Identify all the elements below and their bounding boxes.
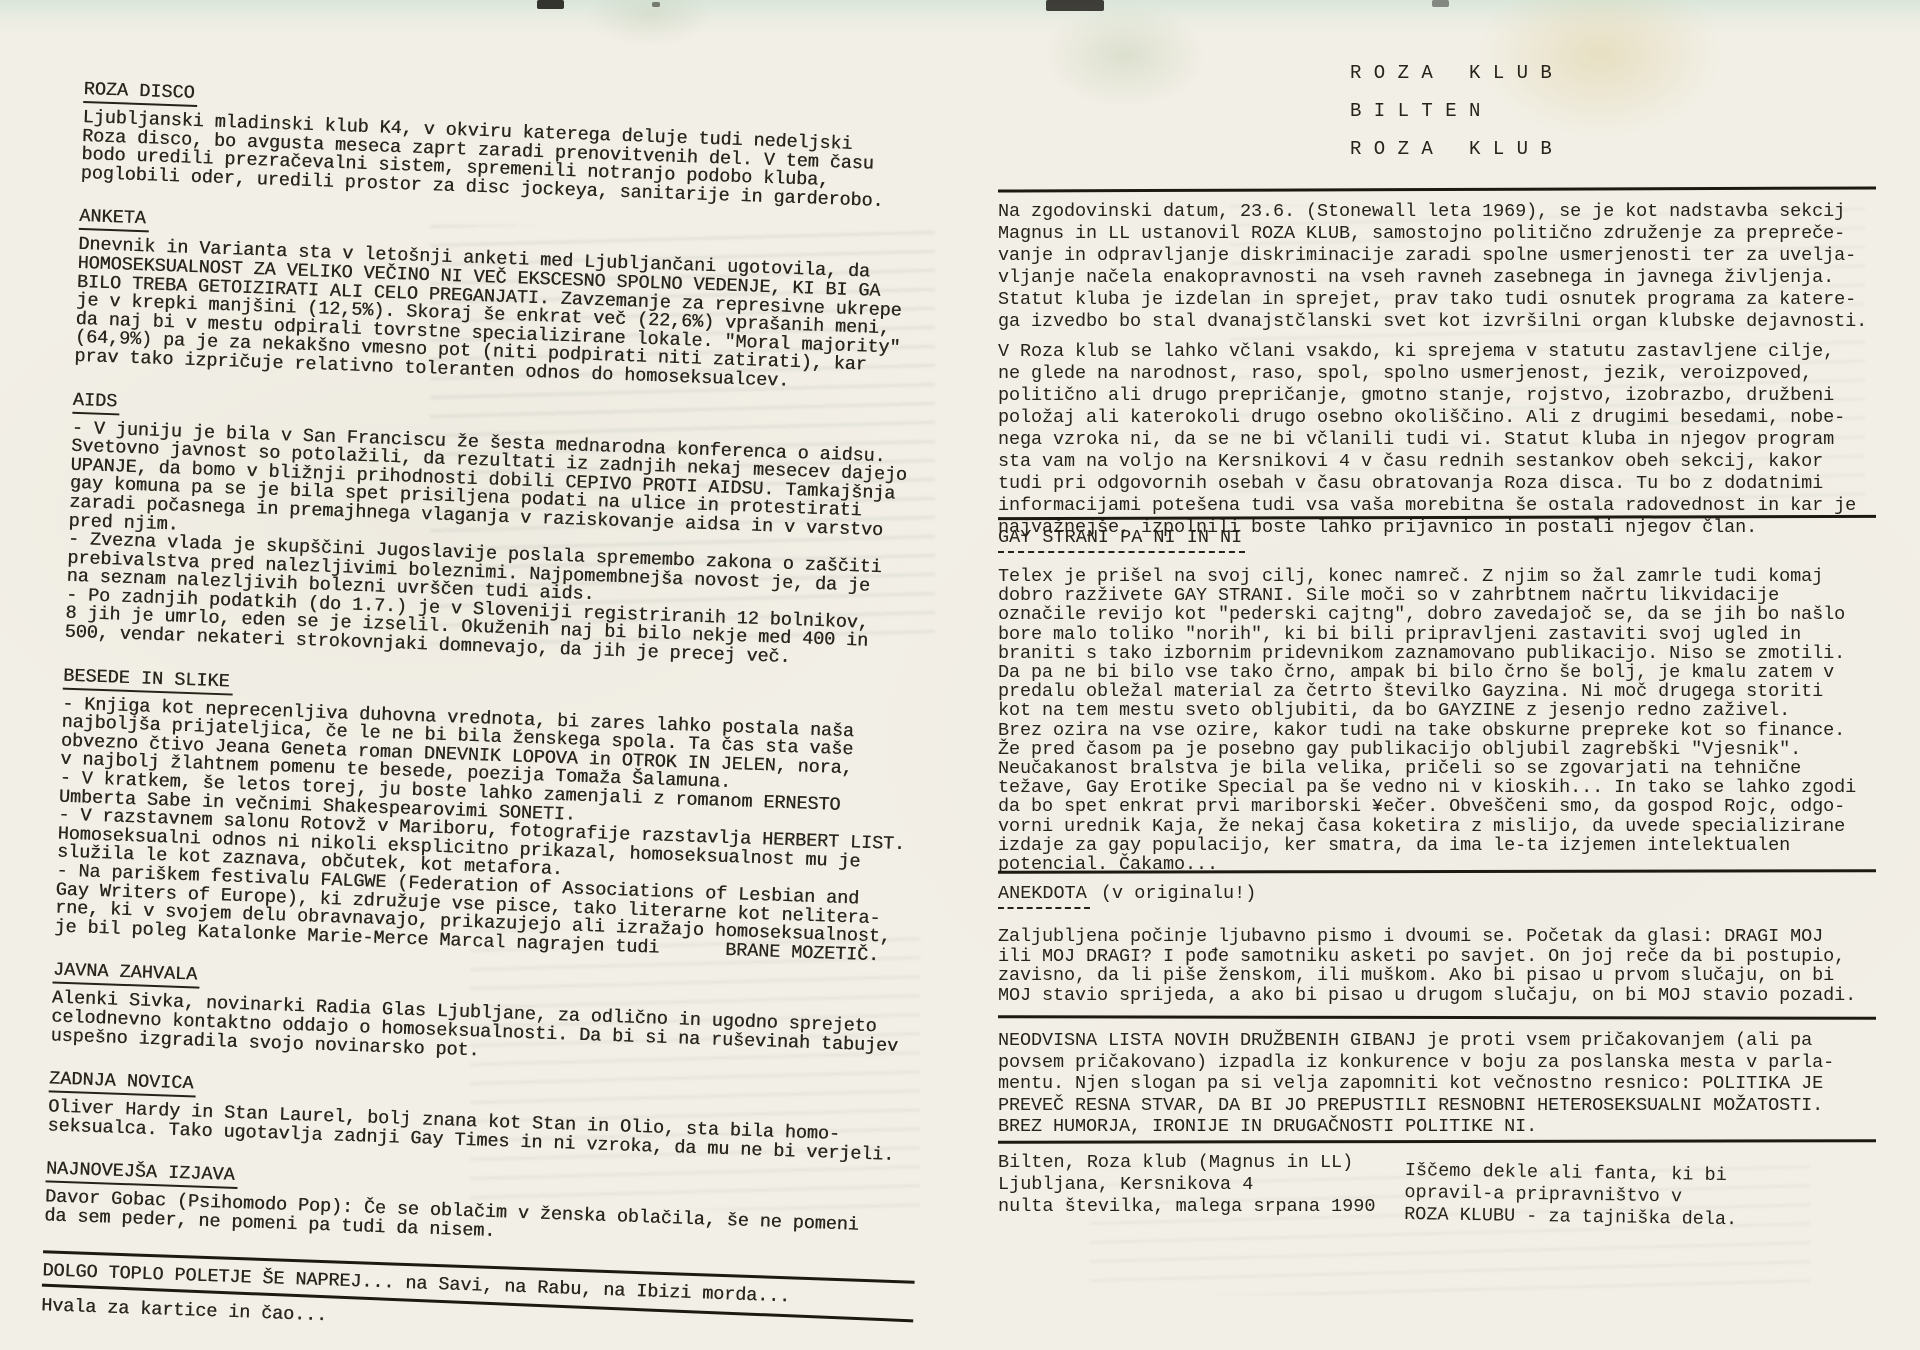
scan-artifact — [1432, 0, 1449, 7]
scan-artifact — [537, 0, 564, 9]
section-heading-besede-in-slike: BESEDE IN SLIKE — [63, 666, 233, 695]
paper-stain — [560, 0, 740, 60]
section-roza-disco: ROZA DISCO Ljubljanski mladinski klub K4… — [80, 80, 955, 214]
section-body: Davor Gobac (Psihomodo Pop): Če se oblač… — [44, 1189, 917, 1257]
intro-paragraph-1: Na zgodovinski datum, 23.6. (Stonewall l… — [998, 201, 1867, 333]
section-heading-gay-strani: GAY STRANI PA NI IN NI — [998, 528, 1245, 553]
section-anekdota: ANEKDOTA (v originalu!) Zaljubljena poči… — [998, 884, 1856, 1005]
divider-rule — [998, 1139, 1876, 1144]
scan-artifact — [1046, 0, 1104, 11]
section-neodvisna-lista: NEODVISNA LISTA NOVIH DRUŽBENIH GIBANJ j… — [998, 1030, 1834, 1138]
section-heading-anekdota: ANEKDOTA — [998, 884, 1090, 909]
section-heading-zadnja-novica: ZADNJA NOVICA — [49, 1070, 197, 1098]
section-body: Zaljubljena počinje ljubavno pismo i dvo… — [998, 927, 1856, 1005]
divider-rule — [998, 186, 1876, 192]
scan-artifact — [652, 2, 660, 7]
masthead-line: R O Z A K L U B — [1350, 130, 1552, 168]
section-besede-in-slike: BESEDE IN SLIKE - Knjiga kot neprecenlji… — [54, 666, 935, 967]
section-body: Oliver Hardy in Stan Laurel, bolj znana … — [47, 1099, 920, 1167]
section-aids: AIDS - V juniju je bila v San Franciscu … — [64, 390, 944, 672]
section-body: Telex je prišel na svoj cilj, konec namr… — [998, 567, 1856, 874]
section-heading-anketa: ANKETA — [79, 207, 149, 232]
section-heading-aids: AIDS — [72, 390, 120, 415]
divider-rule — [998, 1015, 1876, 1020]
intro-paragraph-2: V Roza klub se lahko včlani vsakdo, ki s… — [998, 341, 1856, 539]
section-body: - V juniju je bila v San Franciscu že še… — [64, 419, 943, 672]
imprint: Bilten, Roza klub (Magnus in LL) Ljublja… — [998, 1152, 1375, 1218]
masthead-line: R O Z A K L U B — [1350, 54, 1552, 92]
masthead-line: B I L T E N — [1350, 92, 1552, 130]
closing-note: DOLGO TOPLO POLETJE ŠE NAPREJ... na Savi… — [41, 1250, 915, 1347]
left-page: ROZA DISCO Ljubljanski mladinski klub K4… — [41, 80, 956, 1346]
section-body: Alenki Sivka, novinarki Radia Glas Ljubl… — [50, 990, 923, 1076]
section-heading-najnovejsa-izjava: NAJNOVEJŠA IZJAVA — [45, 1160, 237, 1190]
section-zadnja-novica: ZADNJA NOVICA Oliver Hardy in Stan Laure… — [47, 1070, 921, 1167]
section-anketa: ANKETA Dnevnik in Varianta sta v letošnj… — [74, 207, 951, 396]
section-gay-strani: GAY STRANI PA NI IN NI Telex je prišel n… — [998, 528, 1856, 874]
paper-stain — [1010, 0, 1240, 130]
scanned-bulletin-page: { "colors": { "paper": "#f2efe6", "ink":… — [0, 0, 1920, 1350]
section-body: Ljubljanski mladinski klub K4, v okviru … — [80, 109, 954, 214]
section-heading-roza-disco: ROZA DISCO — [83, 80, 198, 107]
section-heading-javna-zahvala: JAVNA ZAHVALA — [52, 961, 200, 989]
section-najnovejsa-izjava: NAJNOVEJŠA IZJAVA Davor Gobac (Psihomodo… — [44, 1160, 918, 1257]
masthead: R O Z A K L U B B I L T E N R O Z A K L … — [1350, 54, 1552, 168]
section-javna-zahvala: JAVNA ZAHVALA Alenki Sivka, novinarki Ra… — [50, 961, 924, 1076]
recruitment-notice: Iščemo dekle ali fanta, ki bi opravil-a … — [1404, 1160, 1738, 1231]
section-body: - Knjiga kot neprecenljiva duhovna vredn… — [54, 695, 934, 967]
section-body: Dnevnik in Varianta sta v letošnji anket… — [74, 236, 950, 397]
section-heading-suffix: (v originalu!) — [1090, 884, 1257, 904]
